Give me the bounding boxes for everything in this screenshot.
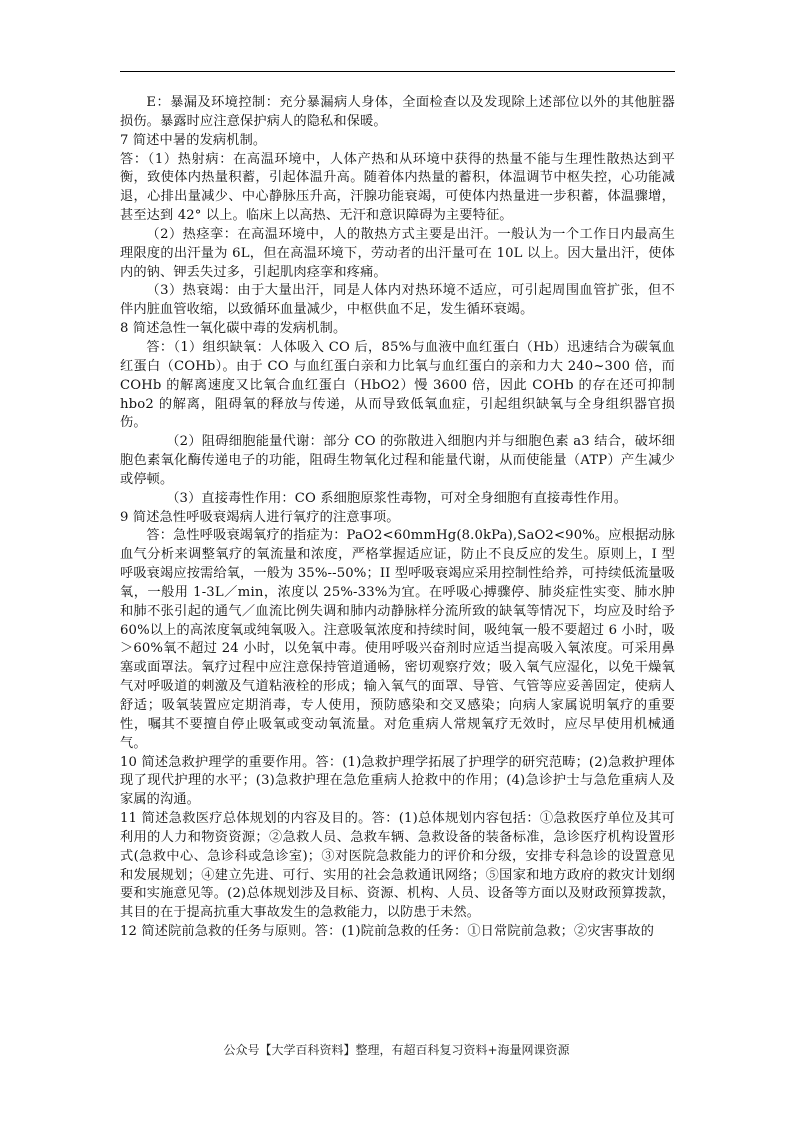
page-footer: 公众号【大学百科资料】整理，有超百科复习资料+海量网课资源: [0, 1041, 793, 1058]
answer-9-oxygen-therapy: 答：急性呼吸衰竭氧疗的指症为：PaO2<60mmHg(8.0kPa),SaO2<…: [120, 527, 675, 753]
answer-8-energy-metabolism: （2）阻碍细胞能量代谢：部分 CO 的弥散进入细胞内并与细胞色素 a3 结合，破…: [120, 433, 675, 490]
answer-8-direct-toxicity: （3）直接毒性作用：CO 系细胞原浆性毒物，可对全身细胞有直接毒性作用。: [120, 490, 675, 509]
question-8: 8 简述急性一氧化碳中毒的发病机制。: [120, 320, 675, 339]
answer-8-tissue-hypoxia: 答：（1）组织缺氧：人体吸入 CO 后，85%与血液中血红蛋白（Hb）迅速结合为…: [120, 339, 675, 433]
question-answer-12: 12 简述院前急救的任务与原则。答：(1)院前急救的任务：①日常院前急救；②灾害…: [120, 923, 675, 942]
paragraph-e-exposure: E：暴漏及环境控制：充分暴漏病人身体，全面检查以及发现除上述部位以外的其他脏器损…: [120, 94, 675, 132]
question-9: 9 简述急性呼吸衰竭病人进行氧疗的注意事项。: [120, 509, 675, 528]
answer-7-heatstroke: 答：（1）热射病：在高温环境中，人体产热和从环境中获得的热量不能与生理性散热达到…: [120, 151, 675, 226]
header-rule: [120, 71, 675, 72]
question-answer-10: 10 简述急救护理学的重要作用。答：(1)急救护理学拓展了护理学的研究范畴；(2…: [120, 754, 675, 811]
question-answer-11: 11 简述急救医疗总体规划的内容及目的。答：(1)总体规划内容包括：①急救医疗单…: [120, 810, 675, 923]
document-body: E：暴漏及环境控制：充分暴漏病人身体，全面检查以及发现除上述部位以外的其他脏器损…: [120, 94, 675, 942]
question-7: 7 简述中暑的发病机制。: [120, 132, 675, 151]
answer-7-heat-cramps: （2）热痉挛：在高温环境中，人的散热方式主要是出汗。一般认为一个工作日内最高生理…: [120, 226, 675, 283]
answer-7-heat-exhaustion: （3）热衰竭：由于大量出汗，同是人体内对热环境不适应，可引起周围血管扩张，但不伴…: [120, 282, 675, 320]
